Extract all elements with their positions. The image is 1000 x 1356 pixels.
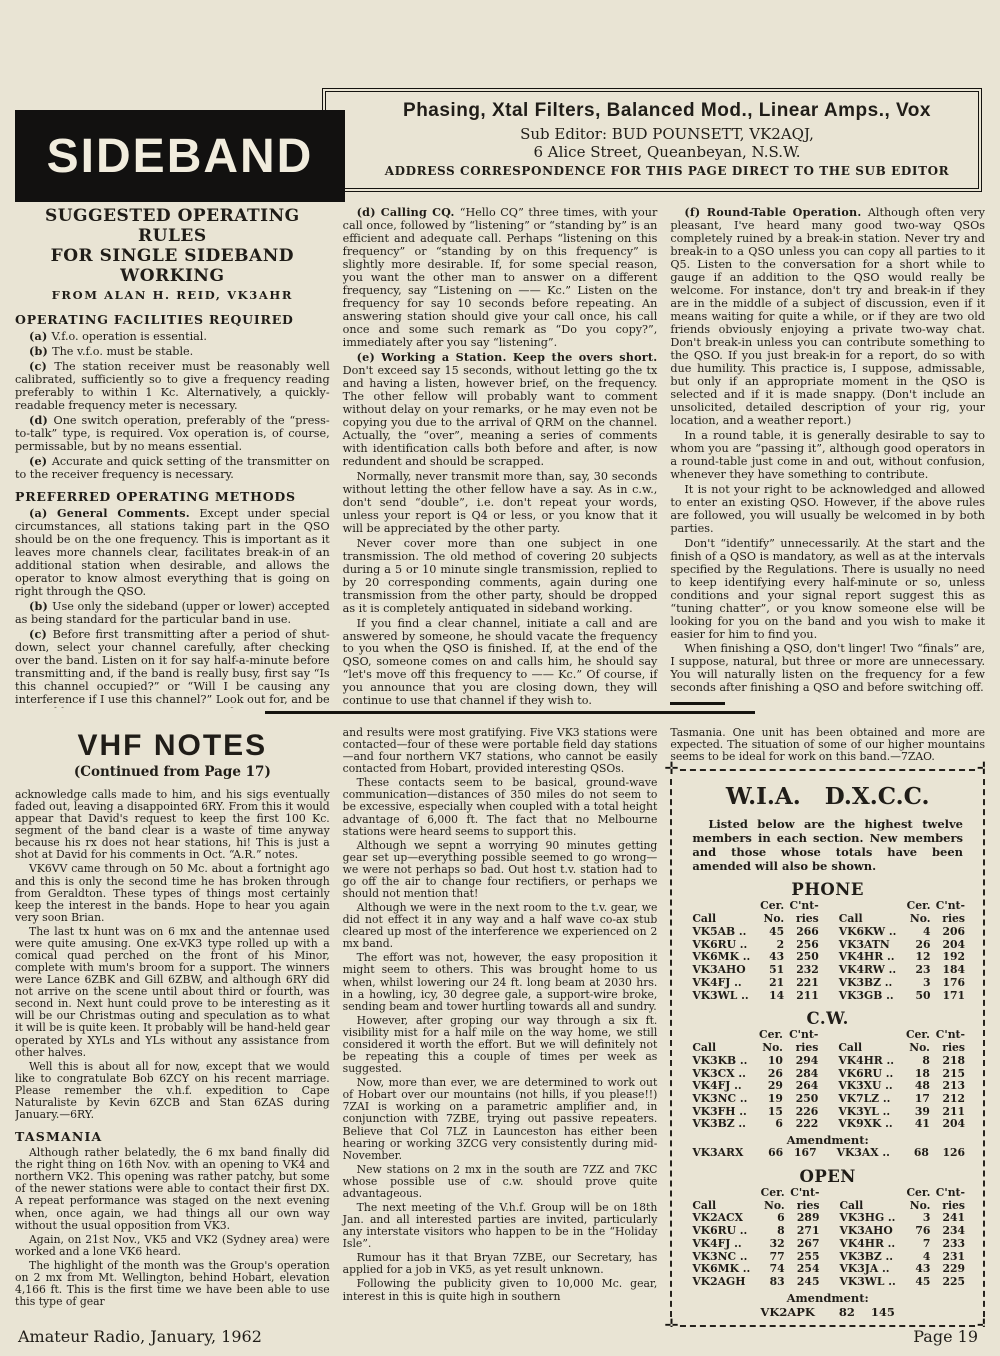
sideband-title: SIDEBAND bbox=[47, 129, 314, 184]
methods-list: (a) General Comments. Except under speci… bbox=[15, 507, 330, 708]
dxcc-cell: VK4HR .. bbox=[828, 1055, 902, 1068]
facilities-heading: OPERATING FACILITIES REQUIRED bbox=[15, 312, 330, 327]
page-number: Page 19 bbox=[913, 1327, 978, 1346]
dxcc-cell: 266 bbox=[785, 926, 829, 939]
paragraph: (e) Working a Station. Keep the overs sh… bbox=[343, 351, 658, 468]
vhf-col1-paragraphs: acknowledge calls made to him, and his s… bbox=[15, 789, 330, 1121]
dxcc-cell: 294 bbox=[784, 1055, 828, 1068]
masthead: Phasing, Xtal Filters, Balanced Mod., Li… bbox=[15, 86, 982, 202]
dxcc-cell: VK2AGH bbox=[686, 1276, 757, 1289]
dxcc-cell: ries bbox=[784, 1042, 828, 1055]
dxcc-cell: Call bbox=[828, 1042, 902, 1055]
paragraph: Following the publicity given to 10,000 … bbox=[343, 1278, 658, 1302]
paragraph: However, after groping our way through a… bbox=[343, 1015, 658, 1075]
dxcc-cell: VK9XK .. bbox=[828, 1118, 902, 1131]
dxcc-row: VK3AHO51232VK4RW ..23184 bbox=[686, 964, 969, 977]
dxcc-cell: 176 bbox=[932, 977, 969, 990]
dxcc-cell: VK3BZ .. bbox=[829, 977, 904, 990]
paragraph: VK6VV came through on 50 Mc. about a for… bbox=[15, 863, 330, 923]
paragraph: Now, more than ever, we are determined t… bbox=[343, 1077, 658, 1162]
dxcc-amendment-line: VK2APK 82 145 bbox=[686, 1305, 969, 1319]
paragraph: Normally, never transmit more than, say,… bbox=[343, 470, 658, 535]
dxcc-cell: VK7LZ .. bbox=[828, 1093, 902, 1106]
dxcc-table: Cer.C'nt-Cer.C'nt-CallNo.riesCallNo.ries… bbox=[686, 1029, 969, 1131]
paragraph: Although we were in the next room to the… bbox=[343, 902, 658, 950]
paragraph: Although rather belatedly, the 6 mx band… bbox=[15, 1147, 330, 1232]
dxcc-cell: 45 bbox=[757, 926, 785, 939]
sideband-title-box: SIDEBAND bbox=[15, 110, 345, 202]
dxcc-row: VK5AB ..45266VK6KW ..4206 bbox=[686, 926, 969, 939]
vhf-col2-paragraphs: and results were most gratifying. Five V… bbox=[343, 727, 658, 1303]
dxcc-table: VK3ARX66167VK3AX ..68126 bbox=[686, 1147, 969, 1160]
vhf-column-1: VHF NOTES (Continued from Page 17) ackno… bbox=[15, 727, 330, 1327]
article-column-1: SUGGESTED OPERATING RULES FOR SINGLE SID… bbox=[15, 206, 330, 708]
border-ornament-icon: ✛ bbox=[977, 1318, 985, 1327]
dxcc-cell: 23 bbox=[903, 964, 931, 977]
paragraph: Although we sepnt a worrying 90 minutes … bbox=[343, 840, 658, 900]
dxcc-cell: 184 bbox=[932, 964, 969, 977]
dxcc-cell bbox=[829, 1187, 902, 1200]
paragraph: (c) Before first transmitting after a pe… bbox=[15, 628, 330, 708]
dxcc-intro: Listed below are the highest twelve memb… bbox=[686, 818, 969, 873]
article-title-line2: FOR SINGLE SIDEBAND WORKING bbox=[51, 246, 294, 286]
dxcc-cell: 8 bbox=[757, 1225, 785, 1238]
dxcc-cell: 171 bbox=[932, 990, 969, 1003]
paragraph: The effort was not, however, the easy pr… bbox=[343, 952, 658, 1012]
paragraph: It is not your right to be acknowledged … bbox=[670, 483, 985, 535]
paragraph: The next meeting of the V.h.f. Group wil… bbox=[343, 1202, 658, 1250]
dxcc-section-title: C.W. bbox=[686, 1009, 969, 1028]
paragraph: The highlight of the month was the Group… bbox=[15, 1260, 330, 1308]
dxcc-cell: 218 bbox=[931, 1055, 969, 1068]
dxcc-cell: ries bbox=[931, 1042, 969, 1055]
paragraph: (f) Round-Table Operation. Although ofte… bbox=[670, 206, 985, 427]
dxcc-row: VK4FJ ..21221VK3BZ ..3176 bbox=[686, 977, 969, 990]
dxcc-cell: 225 bbox=[931, 1276, 969, 1289]
dxcc-cell: 7 bbox=[903, 1238, 931, 1251]
masthead-sub-editor: Sub Editor: BUD POUNSETT, VK2AQJ, bbox=[366, 125, 968, 143]
facilities-list: (a) V.f.o. operation is essential.(b) Th… bbox=[15, 330, 330, 481]
dxcc-row: VK3WL ..14211VK3GB ..50171 bbox=[686, 990, 969, 1003]
dxcc-cell: 21 bbox=[757, 977, 785, 990]
dxcc-cell: VK6KW .. bbox=[829, 926, 904, 939]
dxcc-cell: 76 bbox=[903, 1225, 931, 1238]
article-title: SUGGESTED OPERATING RULES FOR SINGLE SID… bbox=[15, 206, 330, 286]
dxcc-amendment-label: Amendment: bbox=[686, 1291, 969, 1305]
vhf-col3-paragraphs: Tasmania. One unit has been obtained and… bbox=[670, 727, 985, 763]
tasmania-paragraphs: Although rather belatedly, the 6 mx band… bbox=[15, 1147, 330, 1308]
dxcc-cell: 14 bbox=[757, 990, 785, 1003]
dxcc-box: ✛ ✛ ✛ ✛ W.I.A. D.X.C.C. Listed below are… bbox=[670, 769, 985, 1327]
masthead-address: 6 Alice Street, Queanbeyan, N.S.W. bbox=[366, 143, 968, 161]
dxcc-cell: No. bbox=[755, 1042, 784, 1055]
article-col3-paragraphs: (f) Round-Table Operation. Although ofte… bbox=[670, 206, 985, 694]
dxcc-cell: 83 bbox=[757, 1276, 785, 1289]
dxcc-cell: VK3WL .. bbox=[829, 1276, 902, 1289]
dxcc-table: Cer.C'nt-Cer.C'nt-CallNo.riesCallNo.ries… bbox=[686, 1187, 969, 1289]
dxcc-cell: 17 bbox=[902, 1093, 931, 1106]
dxcc-cell: 221 bbox=[785, 977, 829, 990]
paragraph: (b) Use only the sideband (upper or lowe… bbox=[15, 600, 330, 626]
journal-name-footer: Amateur Radio, January, 1962 bbox=[18, 1327, 262, 1346]
dxcc-cell: 271 bbox=[786, 1225, 830, 1238]
dxcc-cell: VK3AX .. bbox=[827, 1147, 901, 1160]
dxcc-cell: 66 bbox=[755, 1147, 784, 1160]
border-ornament-icon: ✛ bbox=[664, 1318, 678, 1327]
dxcc-cell: VK3ARX bbox=[686, 1147, 755, 1160]
dxcc-table: Cer.C'nt-Cer.C'nt-CallNo.riesCallNo.ries… bbox=[686, 900, 969, 1002]
column3-end-rule bbox=[670, 702, 725, 705]
paragraph: (d) One switch operation, preferably of … bbox=[15, 414, 330, 453]
dxcc-cell: 68 bbox=[900, 1147, 929, 1160]
paragraph: (c) The station receiver must be reasona… bbox=[15, 360, 330, 412]
paragraph: New stations on 2 mx in the south are 7Z… bbox=[343, 1164, 658, 1200]
dxcc-cell: VK3KB .. bbox=[686, 1055, 755, 1068]
dxcc-row: VK4FJ ..32267VK4HR ..7233 bbox=[686, 1238, 969, 1251]
dxcc-cell: VK6RU .. bbox=[686, 1225, 757, 1238]
paragraph: In a round table, it is generally desira… bbox=[670, 429, 985, 481]
dxcc-cell: Cer. bbox=[903, 1187, 931, 1200]
vhf-column-3: Tasmania. One unit has been obtained and… bbox=[670, 727, 985, 1327]
masthead-box: Phasing, Xtal Filters, Balanced Mod., Li… bbox=[322, 88, 982, 192]
dxcc-cell: 267 bbox=[786, 1238, 830, 1251]
dxcc-cell: 233 bbox=[931, 1238, 969, 1251]
vhf-continued-note: (Continued from Page 17) bbox=[15, 764, 330, 780]
masthead-correspondence: ADDRESS CORRESPONDENCE FOR THIS PAGE DIR… bbox=[366, 164, 968, 178]
tasmania-heading: TASMANIA bbox=[15, 1129, 330, 1144]
paragraph: (e) Accurate and quick setting of the tr… bbox=[15, 455, 330, 481]
dxcc-cell: 212 bbox=[931, 1093, 969, 1106]
article-byline: FROM ALAN H. REID, VK3AHR bbox=[15, 288, 330, 302]
methods-heading: PREFERRED OPERATING METHODS bbox=[15, 489, 330, 504]
dxcc-cell: 234 bbox=[931, 1225, 969, 1238]
dxcc-cell: C'nt- bbox=[786, 1187, 830, 1200]
article-column-3: (f) Round-Table Operation. Although ofte… bbox=[670, 206, 985, 708]
dxcc-cell: 245 bbox=[786, 1276, 830, 1289]
dxcc-cell: 126 bbox=[930, 1147, 969, 1160]
dxcc-cell: Call bbox=[686, 1042, 755, 1055]
dxcc-cell: VK3BZ .. bbox=[686, 1118, 755, 1131]
article-title-line1: SUGGESTED OPERATING RULES bbox=[45, 206, 300, 246]
dxcc-cell: 3 bbox=[903, 977, 931, 990]
dxcc-title: W.I.A. D.X.C.C. bbox=[686, 783, 969, 810]
dxcc-row: VK6RU ..8271VK3AHO76234 bbox=[686, 1225, 969, 1238]
paragraph: If you find a clear channel, initiate a … bbox=[343, 617, 658, 708]
dxcc-cell: VK3AHO bbox=[829, 1225, 902, 1238]
paragraph: Rumour has it that Bryan 7ZBE, our Secre… bbox=[343, 1252, 658, 1276]
dxcc-cell: VK3AHO bbox=[686, 964, 756, 977]
dxcc-row: VK3ARX66167VK3AX ..68126 bbox=[686, 1147, 969, 1160]
dxcc-cell: 51 bbox=[757, 964, 785, 977]
paragraph: When finishing a QSO, don't linger! Two … bbox=[670, 642, 985, 694]
border-ornament-icon: ✛ bbox=[664, 761, 678, 778]
dxcc-cell: 10 bbox=[755, 1055, 784, 1068]
dxcc-cell: 222 bbox=[784, 1118, 828, 1131]
paragraph: The last tx hunt was on 6 mx and the ant… bbox=[15, 926, 330, 1059]
paragraph: Tasmania. One unit has been obtained and… bbox=[670, 727, 985, 763]
dxcc-cell: VK3NC .. bbox=[686, 1093, 755, 1106]
paragraph: These contacts seem to be basical, groun… bbox=[343, 777, 658, 837]
sideband-article: SUGGESTED OPERATING RULES FOR SINGLE SID… bbox=[15, 206, 985, 708]
dxcc-cell: VK4HR .. bbox=[829, 1238, 902, 1251]
article-col2-paragraphs: (d) Calling CQ. “Hello CQ” three times, … bbox=[343, 206, 658, 707]
dxcc-cell: C'nt- bbox=[931, 1187, 969, 1200]
vhf-notes-heading: VHF NOTES bbox=[15, 729, 330, 763]
dxcc-cell: No. bbox=[757, 913, 785, 926]
dxcc-row: CallNo.riesCallNo.ries bbox=[686, 1042, 969, 1055]
paragraph: Never cover more than one subject in one… bbox=[343, 537, 658, 615]
border-ornament-icon: ✛ bbox=[977, 761, 985, 778]
paragraph: (a) General Comments. Except under speci… bbox=[15, 507, 330, 598]
dxcc-cell: 41 bbox=[902, 1118, 931, 1131]
vhf-column-2: and results were most gratifying. Five V… bbox=[343, 727, 658, 1327]
magazine-page: Phasing, Xtal Filters, Balanced Mod., Li… bbox=[0, 0, 1000, 1356]
dxcc-cell: 167 bbox=[784, 1147, 826, 1160]
paragraph: acknowledge calls made to him, and his s… bbox=[15, 789, 330, 861]
vhf-notes-section: VHF NOTES (Continued from Page 17) ackno… bbox=[15, 727, 985, 1327]
dxcc-row: VK3NC ..19250VK7LZ ..17212 bbox=[686, 1093, 969, 1106]
dxcc-row: CallNo.riesCallNo.ries bbox=[686, 913, 969, 926]
dxcc-cell: 50 bbox=[903, 990, 931, 1003]
paragraph: Don't “identify” unnecessarily. At the s… bbox=[670, 537, 985, 641]
dxcc-cell: No. bbox=[902, 1042, 931, 1055]
dxcc-cell: ries bbox=[932, 913, 969, 926]
dxcc-cell: 6 bbox=[755, 1118, 784, 1131]
dxcc-row: Cer.C'nt-Cer.C'nt- bbox=[686, 1187, 969, 1200]
dxcc-cell: VK3GB .. bbox=[829, 990, 904, 1003]
section-divider-rule bbox=[265, 711, 755, 714]
paragraph: Well this is about all for now, except t… bbox=[15, 1061, 330, 1121]
dxcc-cell: 45 bbox=[903, 1276, 931, 1289]
dxcc-cell: 32 bbox=[757, 1238, 785, 1251]
dxcc-cell: Call bbox=[829, 913, 904, 926]
dxcc-cell: 232 bbox=[785, 964, 829, 977]
dxcc-row: VK3BZ ..6222VK9XK ..41204 bbox=[686, 1118, 969, 1131]
dxcc-cell: VK5AB .. bbox=[686, 926, 756, 939]
dxcc-cell: 4 bbox=[903, 926, 931, 939]
dxcc-cell: VK4FJ .. bbox=[686, 977, 756, 990]
dxcc-cell: 204 bbox=[931, 1118, 969, 1131]
dxcc-cell: No. bbox=[903, 913, 931, 926]
paragraph: (b) The v.f.o. must be stable. bbox=[15, 345, 330, 358]
dxcc-cell: 8 bbox=[902, 1055, 931, 1068]
paragraph: Again, on 21st Nov., VK5 and VK2 (Sydney… bbox=[15, 1234, 330, 1258]
dxcc-cell bbox=[686, 1187, 757, 1200]
dxcc-cell: 19 bbox=[755, 1093, 784, 1106]
dxcc-section-title: PHONE bbox=[686, 880, 969, 899]
paragraph: and results were most gratifying. Five V… bbox=[343, 727, 658, 775]
dxcc-row: VK3KB ..10294VK4HR ..8218 bbox=[686, 1055, 969, 1068]
dxcc-cell: 206 bbox=[932, 926, 969, 939]
paragraph: (d) Calling CQ. “Hello CQ” three times, … bbox=[343, 206, 658, 349]
dxcc-amendment-label: Amendment: bbox=[686, 1133, 969, 1147]
dxcc-cell: 250 bbox=[784, 1093, 828, 1106]
dxcc-cell: VK3WL .. bbox=[686, 990, 756, 1003]
dxcc-section-title: OPEN bbox=[686, 1167, 969, 1186]
dxcc-cell: ries bbox=[785, 913, 829, 926]
dxcc-row: VK2AGH83245VK3WL ..45225 bbox=[686, 1276, 969, 1289]
dxcc-cell: VK4FJ .. bbox=[686, 1238, 757, 1251]
paragraph: (a) V.f.o. operation is essential. bbox=[15, 330, 330, 343]
dxcc-cell: VK4RW .. bbox=[829, 964, 904, 977]
dxcc-cell: 211 bbox=[785, 990, 829, 1003]
dxcc-sections: PHONECer.C'nt-Cer.C'nt-CallNo.riesCallNo… bbox=[686, 880, 969, 1318]
masthead-topics: Phasing, Xtal Filters, Balanced Mod., Li… bbox=[366, 100, 968, 122]
article-column-2: (d) Calling CQ. “Hello CQ” three times, … bbox=[343, 206, 658, 708]
dxcc-cell: Cer. bbox=[757, 1187, 785, 1200]
dxcc-cell: Call bbox=[686, 913, 756, 926]
